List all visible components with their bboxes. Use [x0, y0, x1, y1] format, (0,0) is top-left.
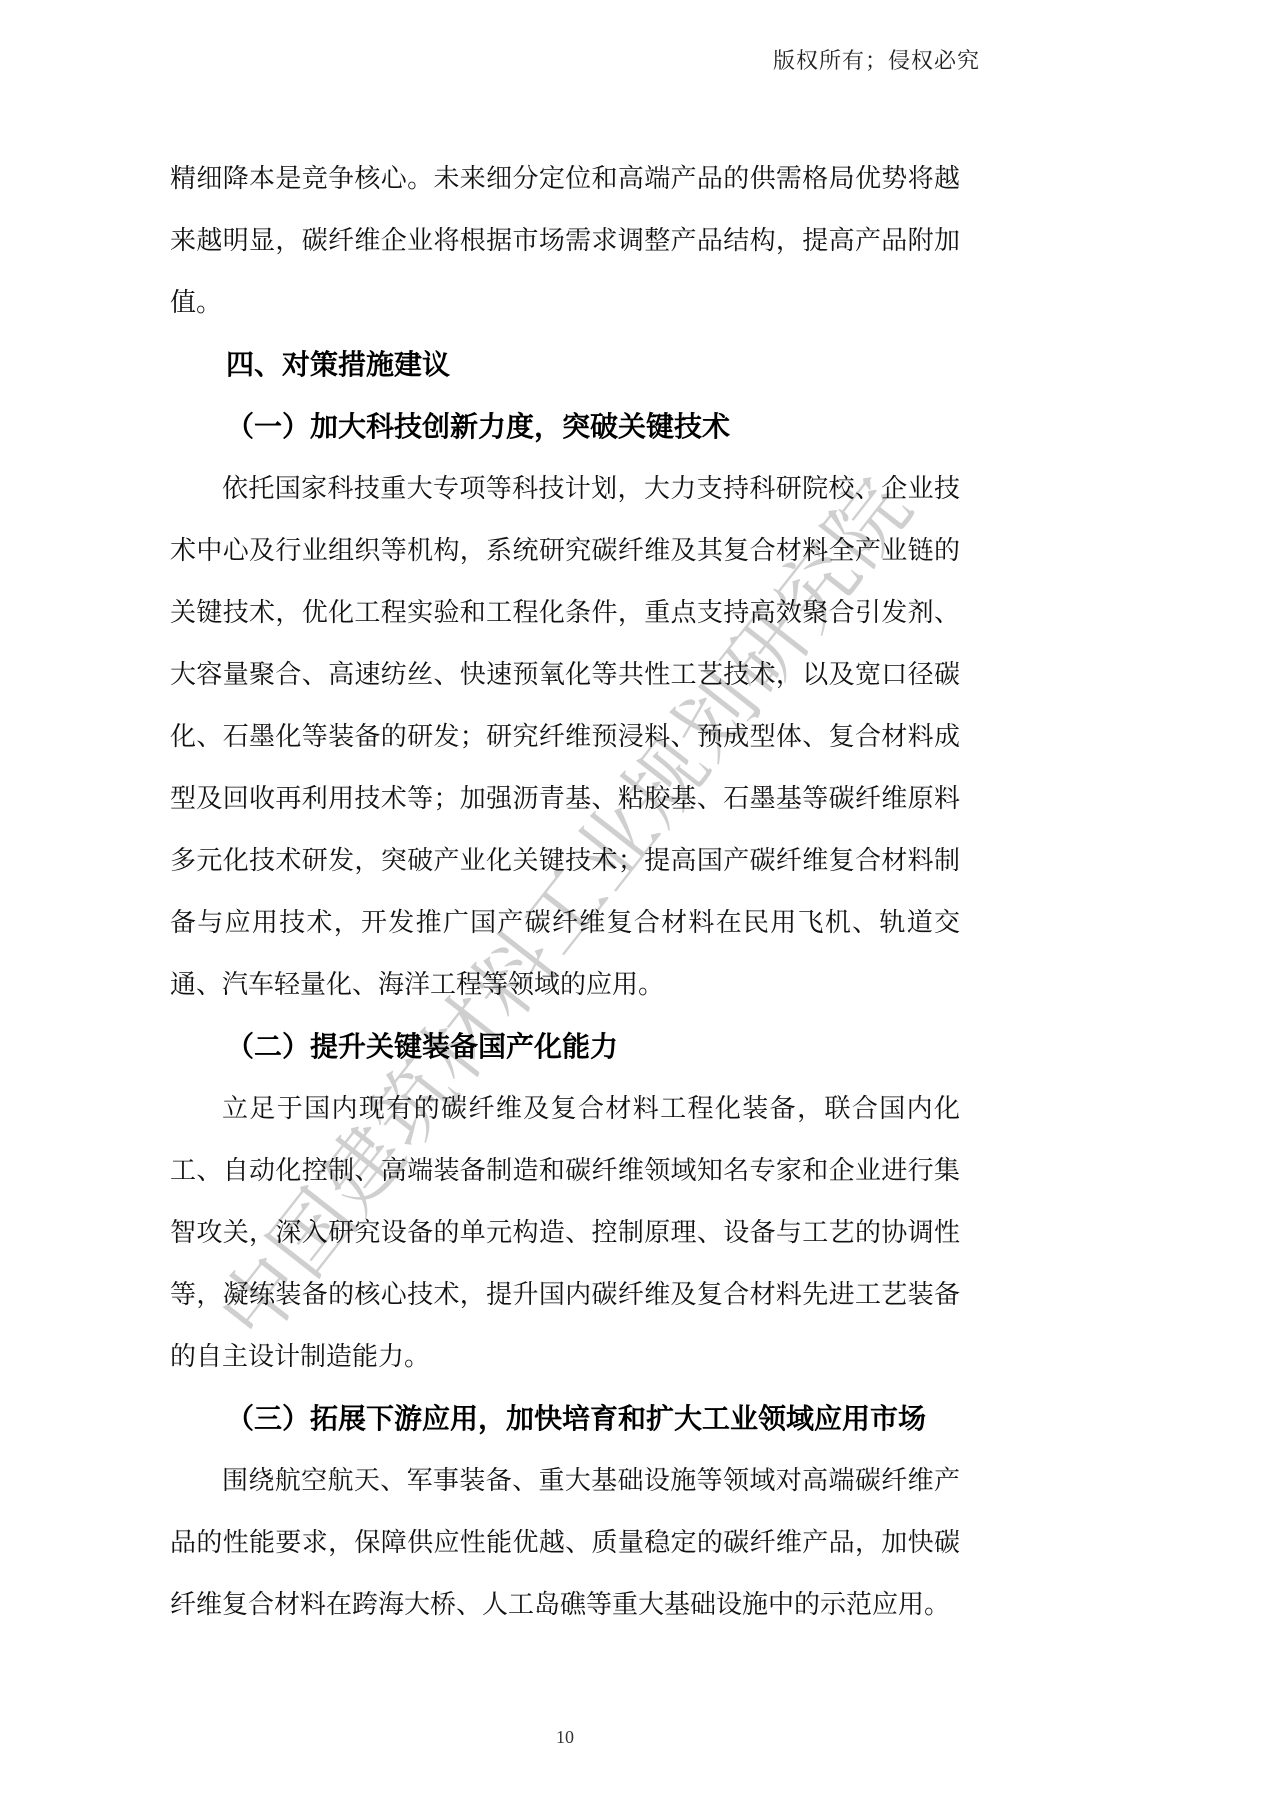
- paragraph: 围绕航空航天、军事装备、重大基础设施等领域对高端碳纤维产品的性能要求，保障供应性…: [170, 1450, 960, 1636]
- subsection-heading: （三）拓展下游应用，加快培育和扩大工业领域应用市场: [170, 1388, 960, 1450]
- paragraph: 精细降本是竞争核心。未来细分定位和高端产品的供需格局优势将越来越明显，碳纤维企业…: [170, 148, 960, 334]
- paragraph: 立足于国内现有的碳纤维及复合材料工程化装备，联合国内化工、自动化控制、高端装备制…: [170, 1078, 960, 1388]
- document-page: 版权所有；侵权必究 中国建筑材料工业规划研究院 精细降本是竞争核心。未来细分定位…: [0, 0, 1280, 1810]
- subsection-heading: （一）加大科技创新力度，突破关键技术: [170, 396, 960, 458]
- section-heading: 四、对策措施建议: [170, 334, 960, 396]
- document-body: 精细降本是竞争核心。未来细分定位和高端产品的供需格局优势将越来越明显，碳纤维企业…: [170, 148, 960, 1636]
- page-number: 10: [170, 1727, 960, 1748]
- paragraph: 依托国家科技重大专项等科技计划，大力支持科研院校、企业技术中心及行业组织等机构，…: [170, 458, 960, 1016]
- subsection-heading: （二）提升关键装备国产化能力: [170, 1016, 960, 1078]
- copyright-notice: 版权所有；侵权必究: [773, 44, 980, 75]
